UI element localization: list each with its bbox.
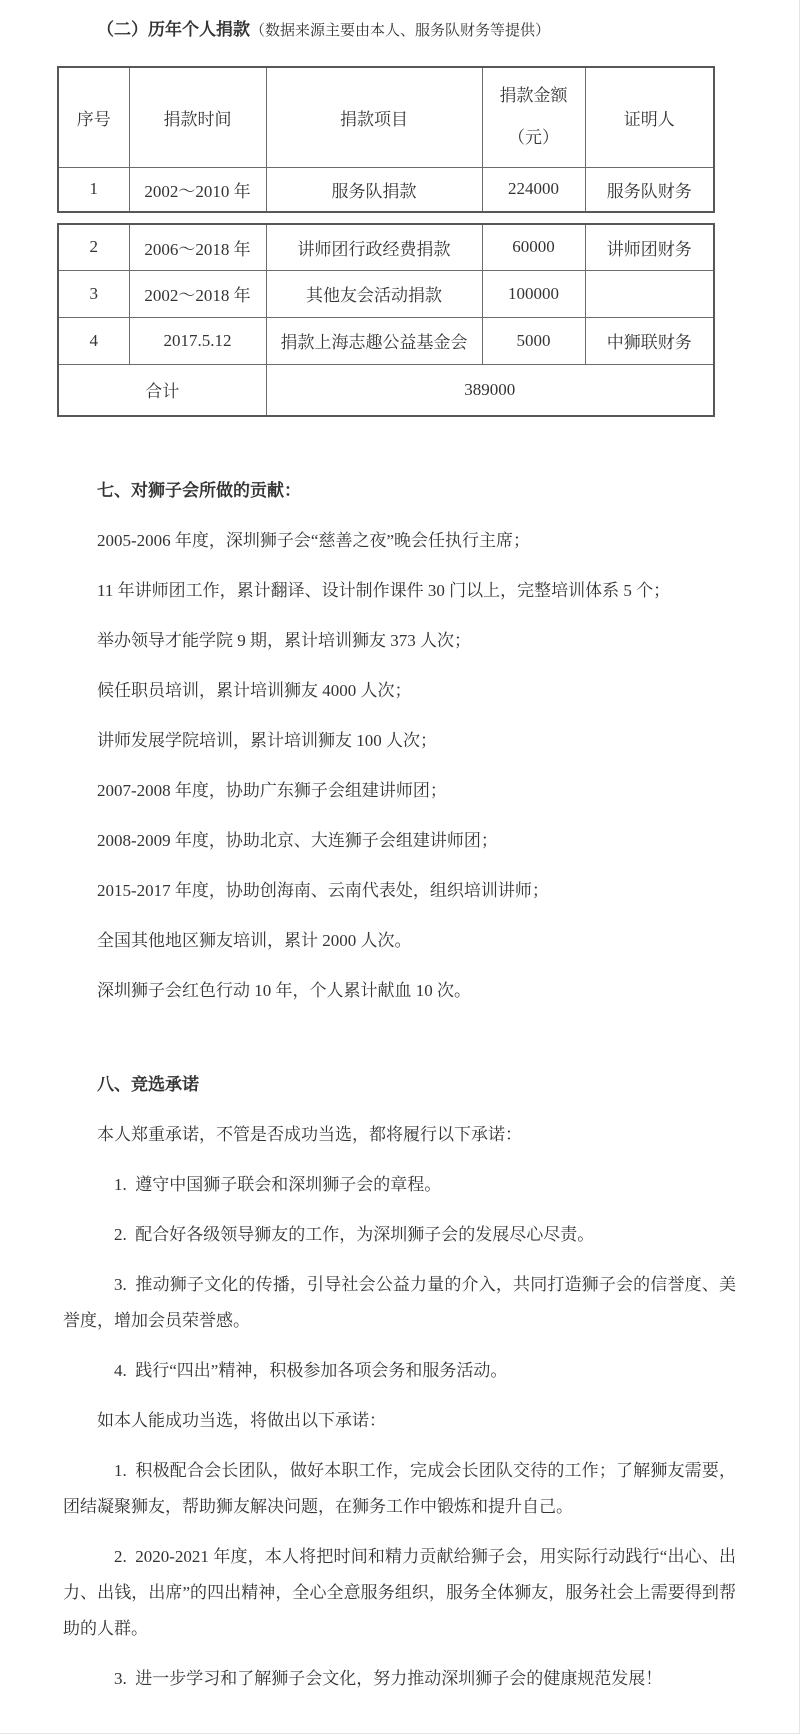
total-value: 389000 <box>266 364 714 416</box>
cell-amount: 100000 <box>482 270 585 317</box>
cell-no: 2 <box>58 224 129 270</box>
table-row: 2 2006～2018 年 讲师团行政经费捐款 60000 讲师团财务 <box>58 224 714 270</box>
paragraph: 全国其他地区狮友培训，累计 2000 人次。 <box>63 923 736 959</box>
total-label: 合计 <box>58 364 266 416</box>
promise-item: 3. 推动狮子文化的传播，引导社会公益力量的介入，共同打造狮子会的信誉度、美誉度… <box>63 1267 736 1339</box>
header-no: 序号 <box>58 67 129 167</box>
cell-time: 2017.5.12 <box>129 317 266 364</box>
paragraph: 2015-2017 年度，协助创海南、云南代表处，组织培训讲师； <box>63 873 736 909</box>
document-page: { "colors": { "text": "#333333", "table_… <box>0 0 800 1734</box>
paragraph: 候任职员培训，累计培训狮友 4000 人次； <box>63 673 736 709</box>
document-body: 七、对狮子会所做的贡献： 2005-2006 年度，深圳狮子会“慈善之夜”晚会任… <box>63 473 736 1697</box>
cell-no: 3 <box>58 270 129 317</box>
cell-witness: 讲师团财务 <box>585 224 714 270</box>
paragraph: 如本人能成功当选，将做出以下承诺： <box>63 1403 736 1439</box>
cell-witness: 中狮联财务 <box>585 317 714 364</box>
table-row: 3 2002～2018 年 其他友会活动捐款 100000 <box>58 270 714 317</box>
header-amount-gap <box>485 108 583 126</box>
section7-heading: 七、对狮子会所做的贡献： <box>63 473 736 509</box>
cell-time: 2006～2018 年 <box>129 224 266 270</box>
paragraph: 讲师发展学院培训，累计培训狮友 100 人次； <box>63 723 736 759</box>
paragraph: 深圳狮子会红色行动 10 年，个人累计献血 10 次。 <box>63 973 736 1009</box>
donation-heading-note: （数据来源主要由本人、服务队财务等提供） <box>250 23 550 39</box>
cell-witness <box>585 270 714 317</box>
paragraph: 举办领导才能学院 9 期，累计培训狮友 373 人次； <box>63 623 736 659</box>
header-witness: 证明人 <box>585 67 714 167</box>
donation-section-heading: （二）历年个人捐款（数据来源主要由本人、服务队财务等提供） <box>63 16 736 45</box>
promise-item: 1. 遵守中国狮子联会和深圳狮子会的章程。 <box>63 1167 736 1203</box>
cell-project: 捐款上海志趣公益基金会 <box>266 317 482 364</box>
header-amount-line2: （元） <box>485 126 583 150</box>
cell-no: 4 <box>58 317 129 364</box>
promise-item: 2. 2020-2021 年度，本人将把时间和精力贡献给狮子会，用实际行动践行“… <box>63 1539 736 1647</box>
cell-project: 其他友会活动捐款 <box>266 270 482 317</box>
cell-project: 讲师团行政经费捐款 <box>266 224 482 270</box>
promise-item: 3. 进一步学习和了解狮子会文化，努力推动深圳狮子会的健康规范发展！ <box>63 1661 736 1697</box>
promise-item: 1. 积极配合会长团队，做好本职工作，完成会长团队交待的工作；了解狮友需要，团结… <box>63 1453 736 1525</box>
promise-item: 4. 践行“四出”精神，积极参加各项会务和服务活动。 <box>63 1353 736 1389</box>
paragraph: 11 年讲师团工作，累计翻译、设计制作课件 30 门以上，完整培训体系 5 个； <box>63 573 736 609</box>
cell-amount: 5000 <box>482 317 585 364</box>
donation-heading-title: （二）历年个人捐款 <box>97 20 250 39</box>
cell-witness: 服务队财务 <box>585 167 714 212</box>
cell-no: 1 <box>58 167 129 212</box>
paragraph: 2007-2008 年度，协助广东狮子会组建讲师团； <box>63 773 736 809</box>
donation-table-part2: 2 2006～2018 年 讲师团行政经费捐款 60000 讲师团财务 3 20… <box>57 223 715 417</box>
cell-time: 2002～2018 年 <box>129 270 266 317</box>
paragraph: 本人郑重承诺，不管是否成功当选，都将履行以下承诺： <box>63 1117 736 1153</box>
donation-table-part1: 序号 捐款时间 捐款项目 捐款金额 （元） 证明人 1 2002～2010 年 … <box>57 66 715 213</box>
paragraph: 2005-2006 年度，深圳狮子会“慈善之夜”晚会任执行主席； <box>63 523 736 559</box>
header-amount: 捐款金额 （元） <box>482 67 585 167</box>
table-row: 1 2002～2010 年 服务队捐款 224000 服务队财务 <box>58 167 714 212</box>
cell-amount: 60000 <box>482 224 585 270</box>
header-amount-line1: 捐款金额 <box>485 84 583 108</box>
section8-heading: 八、竞选承诺 <box>63 1067 736 1103</box>
table-total-row: 合计 389000 <box>58 364 714 416</box>
header-time: 捐款时间 <box>129 67 266 167</box>
cell-project: 服务队捐款 <box>266 167 482 212</box>
cell-time: 2002～2010 年 <box>129 167 266 212</box>
promise-item: 2. 配合好各级领导狮友的工作，为深圳狮子会的发展尽心尽责。 <box>63 1217 736 1253</box>
paragraph: 2008-2009 年度，协助北京、大连狮子会组建讲师团； <box>63 823 736 859</box>
donation-table-header-row: 序号 捐款时间 捐款项目 捐款金额 （元） 证明人 <box>58 67 714 167</box>
table-row: 4 2017.5.12 捐款上海志趣公益基金会 5000 中狮联财务 <box>58 317 714 364</box>
cell-amount: 224000 <box>482 167 585 212</box>
header-project: 捐款项目 <box>266 67 482 167</box>
